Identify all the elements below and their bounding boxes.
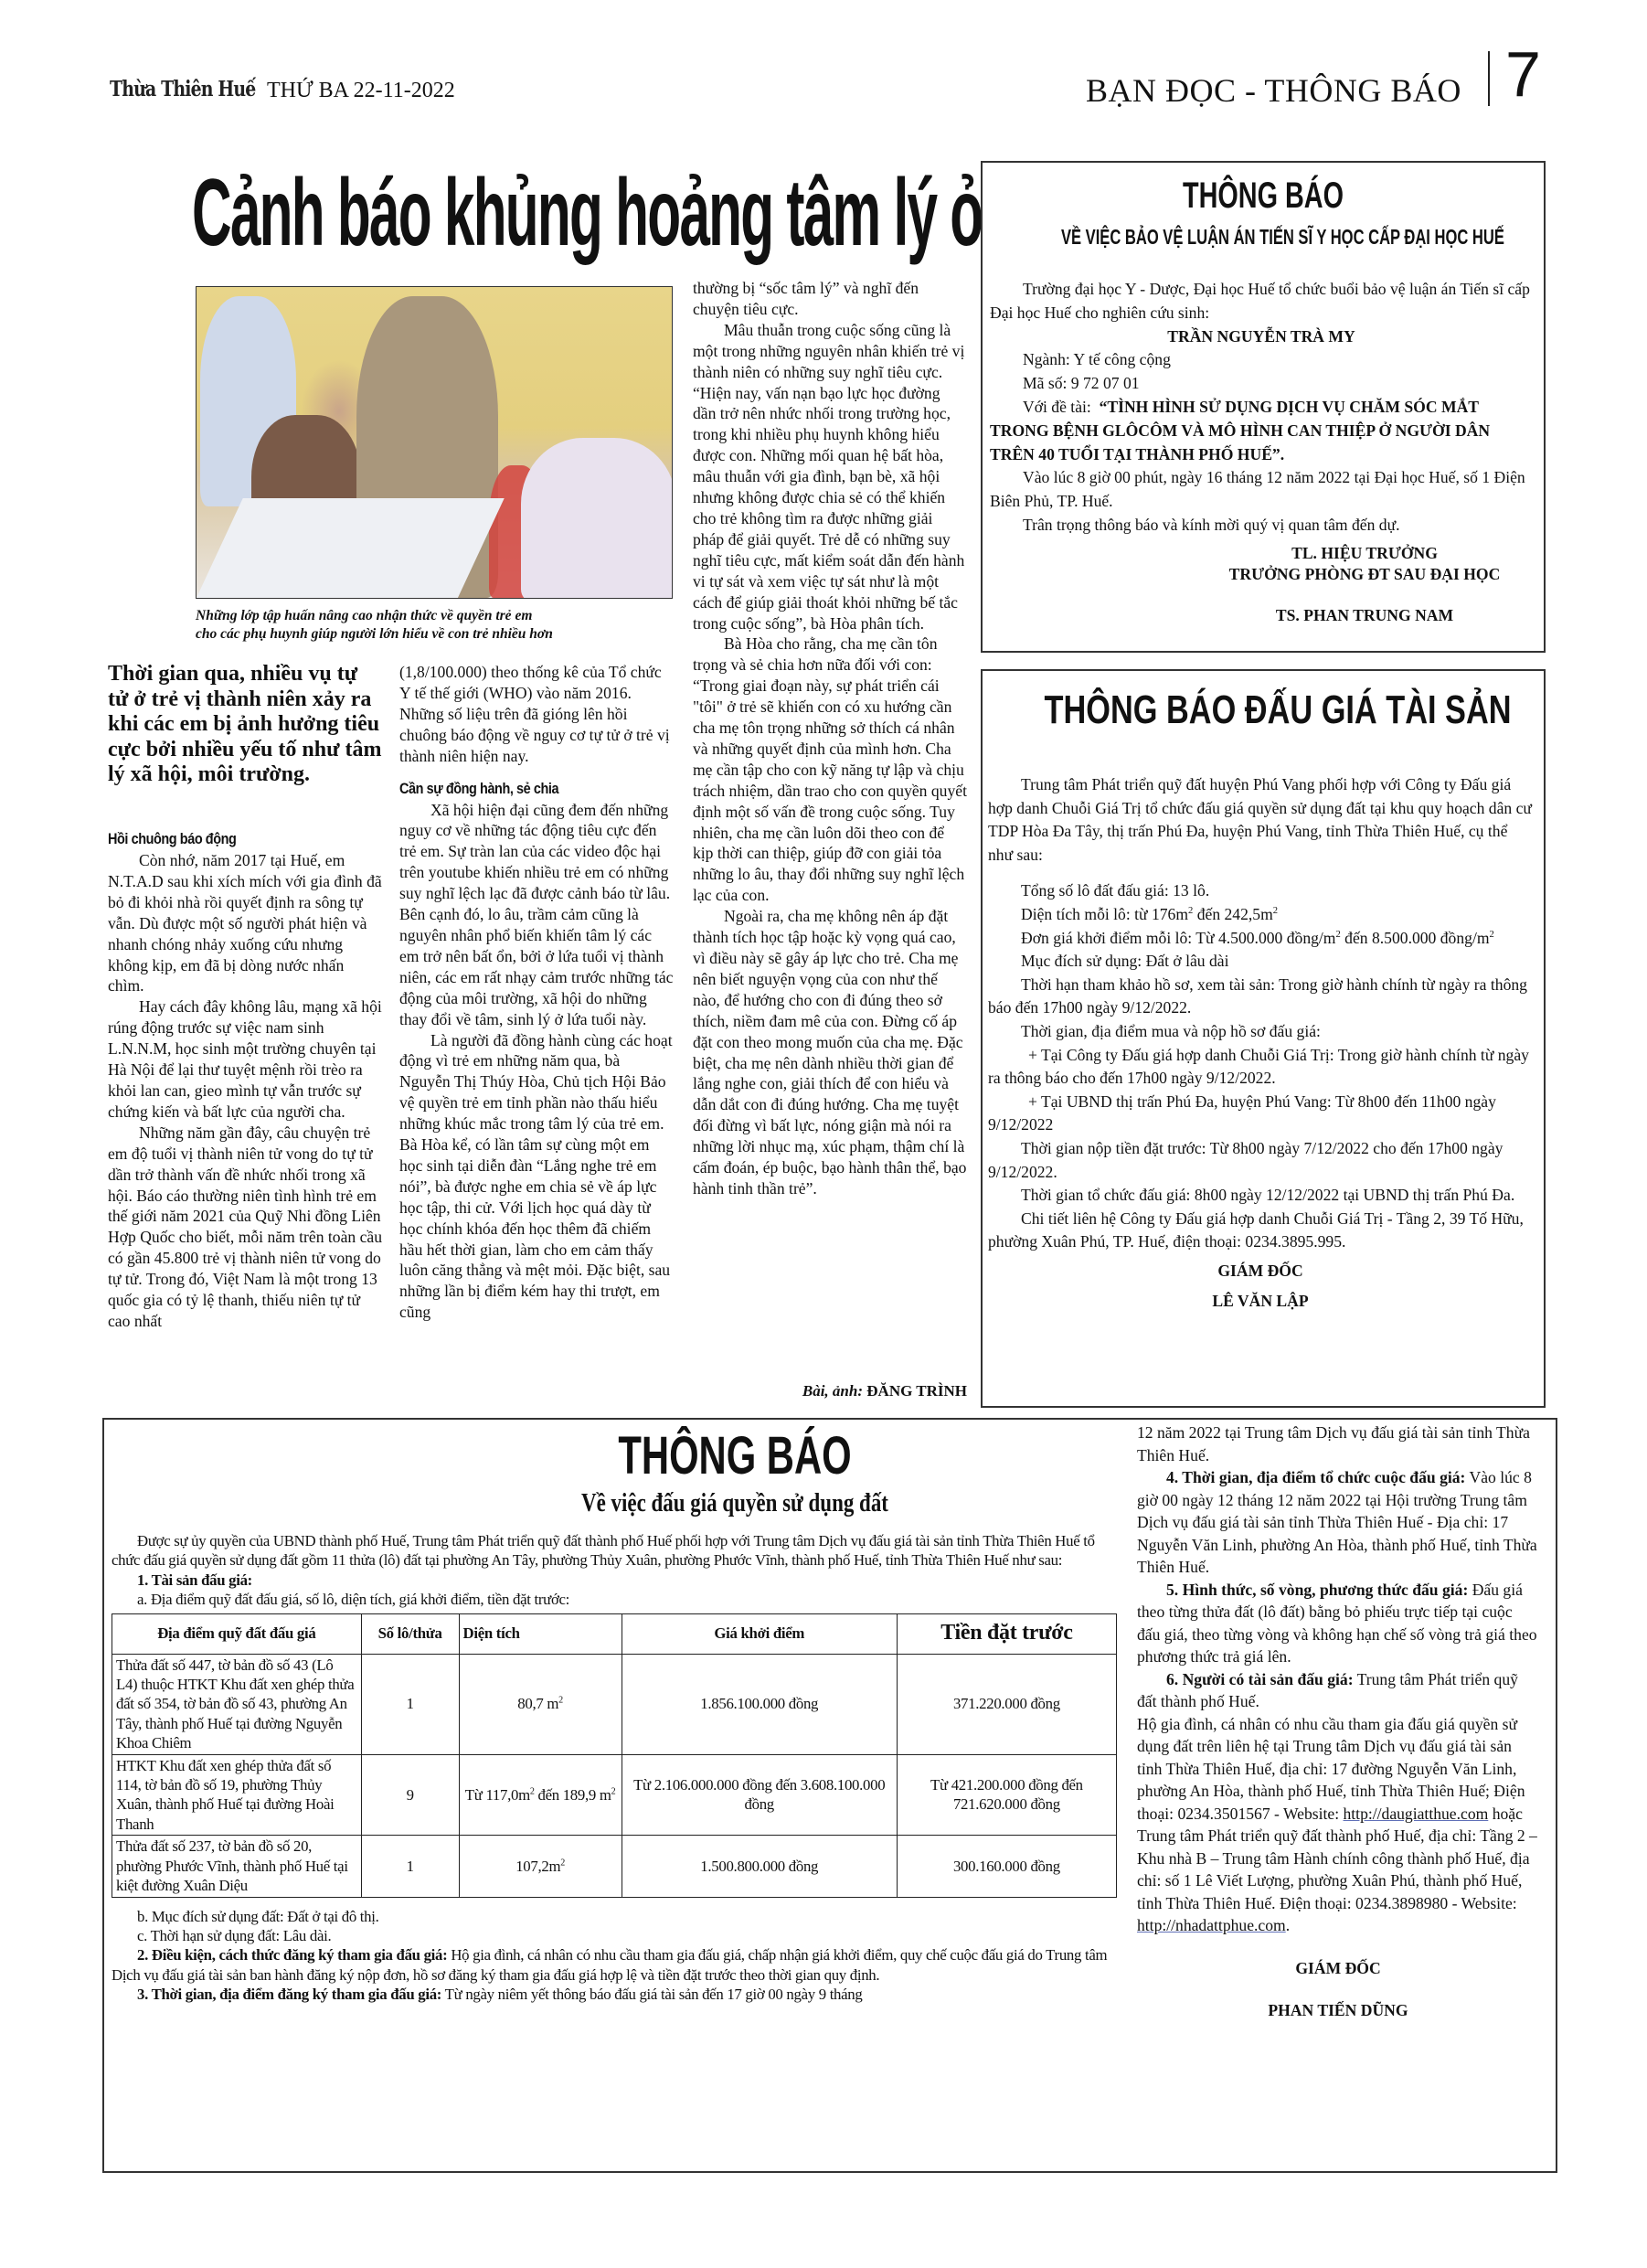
price-text: đến 8.500.000 đồng/m bbox=[1341, 929, 1490, 947]
notice-thesis-defense: THÔNG BÁO VỀ VIỆC BẢO VỆ LUẬN ÁN TIẾN SĨ… bbox=[981, 161, 1546, 653]
notice-intro: Trung tâm Phát triển quỹ đất huyện Phú V… bbox=[988, 773, 1533, 867]
header-divider bbox=[1488, 51, 1490, 106]
cell-lots: 1 bbox=[361, 1836, 459, 1897]
section-1-heading: 1. Tài sản đấu giá: bbox=[137, 1571, 252, 1589]
section-6-heading: 6. Người có tài sản đấu giá: bbox=[1166, 1670, 1354, 1688]
area-value: đến 189,9 m bbox=[535, 1786, 611, 1804]
paragraph: Ngoài ra, cha mẹ không nên áp đặt thành … bbox=[693, 906, 967, 1199]
cell-location: Thửa đất số 237, tờ bản đồ số 20, phường… bbox=[112, 1836, 362, 1897]
section-3: 3. Thời gian, địa điểm đăng ký tham gia … bbox=[112, 1985, 1119, 2004]
candidate-major: Ngành: Y tế công cộng bbox=[990, 348, 1533, 372]
section-title: BẠN ĐỌC - THÔNG BÁO bbox=[1086, 71, 1461, 110]
paragraph: (1,8/100.000) theo thống kê của Tổ chức … bbox=[399, 662, 674, 767]
price-text: Đơn giá khởi điểm mỗi lô: Từ 4.500.000 đ… bbox=[1021, 929, 1336, 947]
cell-location: Thửa đất số 447, tờ bản đồ số 43 (Lô L4)… bbox=[112, 1654, 362, 1754]
deposit-time: Thời gian nộp tiền đặt trước: Từ 8h00 ng… bbox=[988, 1137, 1533, 1184]
notice-intro: Được sự ủy quyền của UBND thành phố Huế,… bbox=[112, 1531, 1119, 1571]
section-3-continued: 12 năm 2022 tại Trung tâm Dịch vụ đấu gi… bbox=[1137, 1421, 1539, 1466]
byline-author: ĐĂNG TRÌNH bbox=[866, 1382, 967, 1400]
byline-label: Bài, ảnh: bbox=[802, 1382, 863, 1400]
total-lots: Tổng số lô đất đấu giá: 13 lô. bbox=[988, 879, 1533, 903]
thesis-topic: Với đề tài: “TÌNH HÌNH SỬ DỤNG DỊCH VỤ C… bbox=[990, 396, 1533, 466]
section-1b: b. Mục đích sử dụng đất: Đất ở tại đô th… bbox=[112, 1907, 1119, 1926]
website-link-daugiatthue[interactable]: http://daugiatthue.com bbox=[1344, 1805, 1489, 1823]
cell-location: HTKT Khu đất xen ghép thửa đất số 114, t… bbox=[112, 1754, 362, 1836]
land-lots-table: Địa điểm quỹ đất đấu giá Số lô/thửa Diện… bbox=[112, 1613, 1117, 1898]
notice-title: THÔNG BÁO ĐẤU GIÁ TÀI SẢN bbox=[1045, 687, 1482, 733]
contact-info: Chi tiết liên hệ Công ty Đấu giá hợp dan… bbox=[988, 1208, 1533, 1254]
candidate-name: TRẦN NGUYỄN TRÀ MY bbox=[990, 325, 1533, 349]
table-row: Thửa đất số 447, tờ bản đồ số 43 (Lô L4)… bbox=[112, 1654, 1117, 1754]
paragraph: thường bị “sốc tâm lý” và nghĩ đến chuyệ… bbox=[693, 278, 967, 320]
signatory-title: GIÁM ĐỐC bbox=[988, 1260, 1533, 1283]
photo-person-seated-man bbox=[521, 438, 673, 599]
cell-start-price: 1.856.100.000 đồng bbox=[622, 1654, 897, 1754]
page-number: 7 bbox=[1505, 42, 1541, 106]
newspaper-name: Thừa Thiên Huế bbox=[110, 77, 255, 101]
photo-caption: Những lớp tập huấn nâng cao nhận thức về… bbox=[196, 607, 671, 644]
cell-deposit: Từ 421.200.000 đồng đến 721.620.000 đồng bbox=[897, 1754, 1116, 1836]
review-time: Thời hạn tham khảo hồ sơ, xem tài sản: T… bbox=[988, 974, 1533, 1020]
purchase-location-2: + Tại UBND thị trấn Phú Đa, huyện Phú Va… bbox=[988, 1091, 1533, 1137]
article-lead: Thời gian qua, nhiều vụ tự tử ở trẻ vị t… bbox=[108, 662, 382, 788]
cell-lots: 9 bbox=[361, 1754, 459, 1836]
candidate-code: Mã số: 9 72 07 01 bbox=[990, 372, 1533, 396]
subheading: Hồi chuông báo động bbox=[108, 828, 341, 850]
article-column-3: thường bị “sốc tâm lý” và nghĩ đến chuyệ… bbox=[693, 278, 967, 1199]
signatory-name: LÊ VĂN LẬP bbox=[988, 1290, 1533, 1314]
article-column-1: Hồi chuông báo động Còn nhớ, năm 2017 tạ… bbox=[108, 828, 382, 1332]
notice-title: THÔNG BÁO bbox=[1061, 176, 1465, 217]
notice-body: Trung tâm Phát triển quỹ đất huyện Phú V… bbox=[988, 773, 1533, 1314]
section-3-text: Từ ngày niêm yết thông báo đấu giá tài s… bbox=[441, 1986, 862, 2003]
contact-text: . bbox=[1286, 1916, 1290, 1934]
signatory-name: TS. PHAN TRUNG NAM bbox=[1227, 605, 1502, 626]
col-header-start-price: Giá khởi điểm bbox=[622, 1613, 897, 1654]
auction-time: Thời gian tổ chức đấu giá: 8h00 ngày 12/… bbox=[988, 1184, 1533, 1208]
website-link-nhadattphue[interactable]: http://nhadattphue.com bbox=[1137, 1916, 1286, 1934]
area-value: 80,7 m bbox=[517, 1695, 558, 1712]
col-header-deposit: Tiền đặt trước bbox=[897, 1613, 1116, 1654]
section-3-heading: 3. Thời gian, địa điểm đăng ký tham gia … bbox=[137, 1986, 441, 2003]
purchase-location-1: + Tại Công ty Đấu giá hợp danh Chuỗi Giá… bbox=[988, 1044, 1533, 1091]
notice-land-auction: THÔNG BÁO Về việc đấu giá quyền sử dụng … bbox=[102, 1418, 1557, 2173]
lot-area: Diện tích mỗi lô: từ 176m2 đến 242,5m2 bbox=[988, 903, 1533, 927]
cell-deposit: 300.160.000 đồng bbox=[897, 1836, 1116, 1897]
article-headline: Cảnh báo khủng hoảng tâm lý ở giới trẻ bbox=[192, 154, 643, 272]
cell-area: 107,2m2 bbox=[459, 1836, 622, 1897]
notice-asset-auction: THÔNG BÁO ĐẤU GIÁ TÀI SẢN Trung tâm Phát… bbox=[981, 669, 1546, 1408]
cell-area: Từ 117,0m2 đến 189,9 m2 bbox=[459, 1754, 622, 1836]
topic-label: Với đề tài: bbox=[1023, 398, 1091, 416]
caption-line-2: cho các phụ huynh giúp người lớn hiểu về… bbox=[196, 625, 671, 644]
notice-intro: Trường đại học Y - Dược, Đại học Huế tổ … bbox=[990, 278, 1533, 325]
paragraph: Xã hội hiện đại cũng đem đến những nguy … bbox=[399, 800, 674, 1030]
purchase-heading: Thời gian, địa điểm mua và nộp hồ sơ đấu… bbox=[988, 1020, 1533, 1044]
section-5-heading: 5. Hình thức, số vòng, phương thức đấu g… bbox=[1166, 1581, 1468, 1599]
area-text: đến 242,5m bbox=[1193, 905, 1272, 923]
issue-date: THỨ BA 22-11-2022 bbox=[267, 79, 455, 103]
notice-body: Trường đại học Y - Dược, Đại học Huế tổ … bbox=[990, 278, 1533, 626]
signatory-name: PHAN TIẾN DŨNG bbox=[1137, 1999, 1539, 2022]
area-value: Từ 117,0m bbox=[465, 1786, 530, 1804]
cell-area: 80,7 m2 bbox=[459, 1654, 622, 1754]
contact-info: Hộ gia đình, cá nhân có nhu cầu tham gia… bbox=[1137, 1713, 1539, 1937]
table-header-row: Địa điểm quỹ đất đấu giá Số lô/thửa Diện… bbox=[112, 1613, 1117, 1654]
cell-deposit: 371.220.000 đồng bbox=[897, 1654, 1116, 1754]
notice-right-column: 12 năm 2022 tại Trung tâm Dịch vụ đấu gi… bbox=[1137, 1421, 1539, 2022]
defense-time-place: Vào lúc 8 giờ 00 phút, ngày 16 tháng 12 … bbox=[990, 466, 1533, 514]
col-header-lots: Số lô/thửa bbox=[361, 1613, 459, 1654]
paragraph: Bà Hòa cho rằng, cha mẹ cần tôn trọng và… bbox=[693, 634, 967, 906]
cell-start-price: Từ 2.106.000.000 đồng đến 3.608.100.000 … bbox=[622, 1754, 897, 1836]
notice-subtitle: VỀ VIỆC BẢO VỆ LUẬN ÁN TIẾN SĨ Y HỌC CẤP… bbox=[1061, 225, 1465, 250]
notice-closing: Trân trọng thông báo và kính mời quý vị … bbox=[990, 514, 1533, 538]
signatory-title: GIÁM ĐỐC bbox=[1137, 1957, 1539, 1980]
article-column-2: (1,8/100.000) theo thống kê của Tổ chức … bbox=[399, 662, 674, 1323]
col-header-area: Diện tích bbox=[459, 1613, 622, 1654]
notice-subtitle: Về việc đấu giá quyền sử dụng đất bbox=[487, 1489, 982, 1518]
paragraph: Những năm gần đây, câu chuyện trẻ em độ … bbox=[108, 1123, 382, 1332]
area-text: Diện tích mỗi lô: từ 176m bbox=[1021, 905, 1188, 923]
section-1c: c. Thời hạn sử dụng đất: Lâu dài. bbox=[112, 1926, 1119, 1945]
table-row: HTKT Khu đất xen ghép thửa đất số 114, t… bbox=[112, 1754, 1117, 1836]
paragraph: Hay cách đây không lâu, mạng xã hội rúng… bbox=[108, 996, 382, 1122]
col-header-location: Địa điểm quỹ đất đấu giá bbox=[112, 1613, 362, 1654]
paragraph: Là người đã đồng hành cùng các hoạt động… bbox=[399, 1030, 674, 1324]
table-row: Thửa đất số 237, tờ bản đồ số 20, phường… bbox=[112, 1836, 1117, 1897]
usage-purpose: Mục đích sử dụng: Đất ở lâu dài bbox=[988, 950, 1533, 974]
section-4-heading: 4. Thời gian, địa điểm tổ chức cuộc đấu … bbox=[1166, 1468, 1465, 1486]
subheading: Cần sự đồng hành, sẻ chia bbox=[399, 778, 632, 800]
photo-table bbox=[197, 498, 505, 598]
section-4: 4. Thời gian, địa điểm tổ chức cuộc đấu … bbox=[1137, 1466, 1539, 1579]
section-6: 6. Người có tài sản đấu giá: Trung tâm P… bbox=[1137, 1668, 1539, 1713]
caption-line-1: Những lớp tập huấn nâng cao nhận thức về… bbox=[196, 607, 671, 625]
area-value: 107,2m bbox=[515, 1858, 560, 1875]
signature-line-2: TRƯỞNG PHÒNG ĐT SAU ĐẠI HỌC bbox=[1227, 564, 1502, 585]
byline: Bài, ảnh: ĐĂNG TRÌNH bbox=[693, 1382, 967, 1400]
cell-start-price: 1.500.800.000 đồng bbox=[622, 1836, 897, 1897]
paragraph: Mâu thuẫn trong cuộc sống cũng là một tr… bbox=[693, 320, 967, 634]
paragraph: Còn nhớ, năm 2017 tại Huế, em N.T.A.D sa… bbox=[108, 850, 382, 996]
section-1a: a. Địa điểm quỹ đất đấu giá, số lô, diện… bbox=[112, 1590, 1119, 1609]
notice-title: THÔNG BÁO bbox=[564, 1425, 906, 1486]
section-2: 2. Điều kiện, cách thức đăng ký tham gia… bbox=[112, 1945, 1119, 1985]
notice-left-column: Được sự ủy quyền của UBND thành phố Huế,… bbox=[112, 1531, 1119, 2005]
signature-block: TL. HIỆU TRƯỞNG TRƯỞNG PHÒNG ĐT SAU ĐẠI … bbox=[990, 543, 1502, 626]
signature-line-1: TL. HIỆU TRƯỞNG bbox=[1227, 543, 1502, 564]
article-photo bbox=[196, 286, 673, 599]
starting-price: Đơn giá khởi điểm mỗi lô: Từ 4.500.000 đ… bbox=[988, 927, 1533, 951]
section-5: 5. Hình thức, số vòng, phương thức đấu g… bbox=[1137, 1579, 1539, 1668]
cell-lots: 1 bbox=[361, 1654, 459, 1754]
section-2-heading: 2. Điều kiện, cách thức đăng ký tham gia… bbox=[137, 1946, 447, 1964]
